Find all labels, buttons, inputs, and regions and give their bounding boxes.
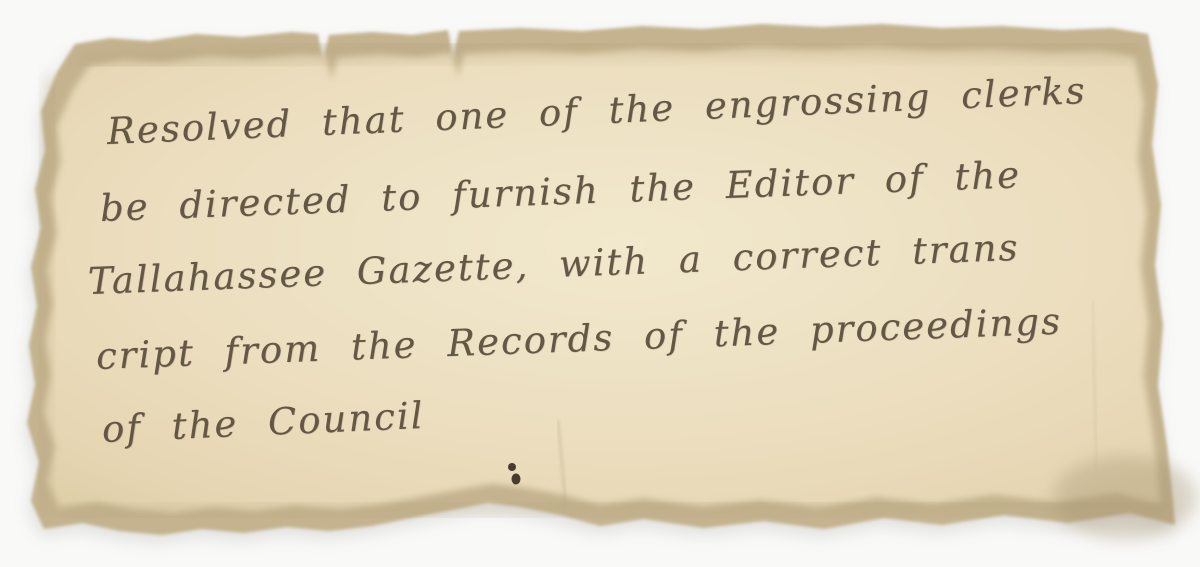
paper-sheet <box>43 47 1160 513</box>
ink-blot <box>508 463 516 471</box>
paper-stain <box>1053 456 1197 540</box>
manuscript-photo: Resolved that one of the engrossing cler… <box>0 0 1200 567</box>
ink-blot <box>512 474 521 485</box>
paper-photo-art <box>0 0 1200 567</box>
